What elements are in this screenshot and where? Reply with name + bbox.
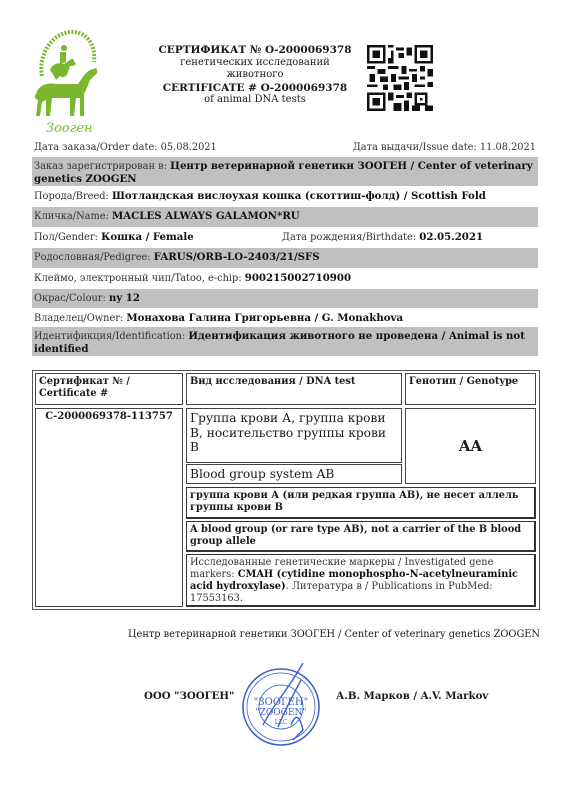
owner-label: Владелец/Owner: bbox=[34, 313, 126, 324]
certificate-number-cell: С-2000069378-113757 bbox=[35, 408, 183, 607]
order-date-value: 05.08.2021 bbox=[161, 142, 217, 153]
result-en-cell: A blood group (or rare type AB), not a c… bbox=[186, 521, 536, 552]
colour-label: Окрас/Colour: bbox=[34, 293, 109, 304]
svg-text:Зooген: Зooген bbox=[46, 121, 93, 136]
stamp-icon: "ЗООГЕН" "ZOOGEN" LLC bbox=[233, 655, 333, 755]
identification-label: Идентификция/Identification: bbox=[34, 331, 188, 342]
svg-text:"ЗООГЕН": "ЗООГЕН" bbox=[254, 697, 308, 708]
certificate-title-block: СЕРТИФИКАТ № О-2000069378 генетических и… bbox=[150, 44, 360, 107]
subtitle-en: of animal DNA tests bbox=[150, 94, 360, 107]
signer-name: А.В. Марков / A.V. Markov bbox=[336, 690, 488, 702]
header-genotype: Генотип / Genotype bbox=[405, 373, 536, 405]
test-name-en-cell: Blood group system AB bbox=[186, 464, 402, 484]
registered-label: Заказ зарегистрирован в: bbox=[34, 161, 170, 172]
registered-row: Заказ зарегистрирован в: Центр ветеринар… bbox=[32, 157, 538, 186]
name-value: MACLES ALWAYS GALAMON*RU bbox=[112, 210, 300, 222]
colour-row: Окрас/Colour: ny 12 bbox=[32, 289, 538, 308]
name-row: Кличка/Name: MACLES ALWAYS GALAMON*RU bbox=[32, 207, 538, 227]
pedigree-label: Родословная/Pedigree: bbox=[34, 252, 154, 263]
issue-date-value: 11.08.2021 bbox=[480, 142, 536, 153]
identification-row: Идентификция/Identification: Идентификац… bbox=[32, 327, 538, 356]
order-date-label: Дата заказа/Order date: bbox=[34, 142, 161, 153]
pedigree-row: Родословная/Pedigree: FARUS/ORB-LO-2403/… bbox=[32, 248, 538, 268]
genotype-cell: AA bbox=[405, 408, 536, 484]
svg-text:LLC: LLC bbox=[275, 719, 288, 726]
owner-value: Монахова Галина Григорьевна / G. Monakho… bbox=[126, 312, 403, 324]
chip-label: Клеймо, электронный чип/Tatoo, e-chip: bbox=[34, 273, 245, 284]
header-dna-test: Вид исследования / DNA test bbox=[186, 373, 402, 405]
chip-row: Клеймо, электронный чип/Tatoo, e-chip: 9… bbox=[32, 269, 538, 288]
markers-cell: Исследованные генетические маркеры / Inv… bbox=[186, 554, 536, 607]
name-label: Кличка/Name: bbox=[34, 211, 112, 222]
organization-name: ООО "ЗООГЕН" bbox=[144, 690, 234, 702]
title-ru: СЕРТИФИКАТ № О-2000069378 bbox=[150, 44, 360, 57]
gender-row: Пол/Gender: Кошка / Female Дата рождения… bbox=[32, 228, 538, 247]
breed-row: Порода/Breed: Шотландская вислоухая кошк… bbox=[32, 187, 538, 206]
svg-text:"ZOOGEN": "ZOOGEN" bbox=[256, 708, 307, 718]
colour-value: ny 12 bbox=[109, 292, 140, 304]
gender-label: Пол/Gender: bbox=[34, 232, 101, 243]
issue-date-label: Дата выдачи/Issue date: bbox=[353, 142, 480, 153]
chip-value: 900215002710900 bbox=[245, 272, 351, 284]
result-ru-cell: группа крови А (или редкая группа АВ), н… bbox=[186, 487, 536, 519]
pedigree-value: FARUS/ORB-LO-2403/21/SFS bbox=[154, 251, 320, 263]
subtitle-ru-2: животного bbox=[150, 69, 360, 82]
birthdate-value: 02.05.2021 bbox=[419, 231, 483, 243]
footer-center-name: Центр ветеринарной генетики ЗООГЕН / Cen… bbox=[120, 629, 540, 640]
test-name-ru-cell: Группа крови А, группа крови В, носитель… bbox=[186, 408, 402, 463]
breed-value: Шотландская вислоухая кошка (скоттиш-фол… bbox=[112, 190, 486, 202]
dates-row: Дата заказа/Order date: 05.08.2021 Дата … bbox=[32, 139, 538, 157]
zoogen-logo-icon: Зooген bbox=[28, 24, 104, 136]
breed-label: Порода/Breed: bbox=[34, 191, 112, 202]
qr-code-icon[interactable] bbox=[367, 45, 433, 111]
header-certificate: Сертификат № / Certificate # bbox=[35, 373, 183, 405]
gender-value: Кошка / Female bbox=[101, 231, 194, 243]
subtitle-ru-1: генетических исследований bbox=[150, 57, 360, 70]
title-en: CERTIFICATE # О-2000069378 bbox=[150, 82, 360, 95]
birthdate-label: Дата рождения/Birthdate: bbox=[282, 232, 419, 243]
results-table: Сертификат № / Certificate # Вид исследо… bbox=[32, 370, 540, 610]
owner-row: Владелец/Owner: Монахова Галина Григорье… bbox=[32, 309, 538, 327]
